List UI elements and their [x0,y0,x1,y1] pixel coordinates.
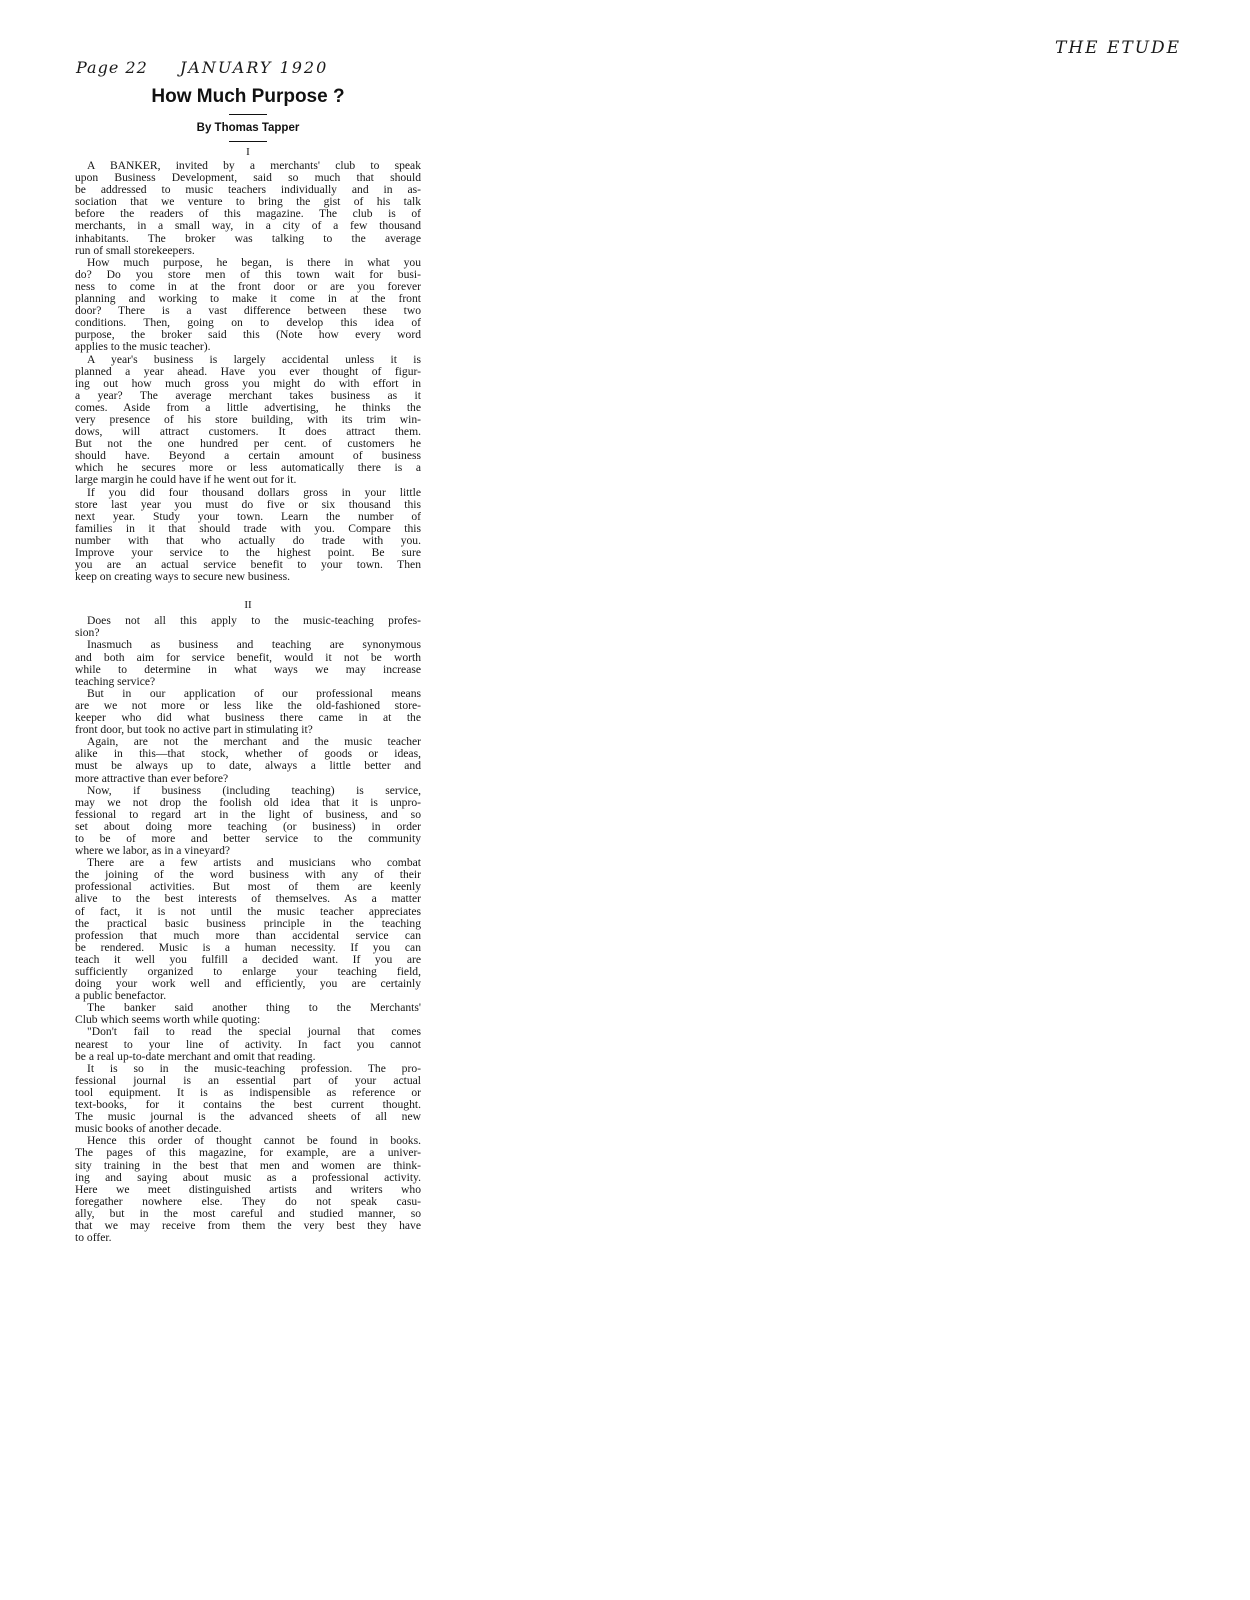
text-line: But not the one hundred per cent. of cus… [75,438,421,450]
text-line: It is so in the music-teaching professio… [75,1063,421,1075]
text-line: where we labor, as in a vineyard? [75,845,421,857]
text-line: sociation that we venture to bring the g… [75,196,421,208]
text-line: Improve your service to the highest poin… [75,547,421,559]
text-line: upon Business Development, said so much … [75,172,421,184]
text-line: the joining of the word business with an… [75,869,421,881]
text-line: the practical basic business principle i… [75,918,421,930]
text-line: of fact, it is not until the music teach… [75,906,421,918]
text-line: a year? The average merchant takes busin… [75,390,421,402]
text-line: profession that much more than accidenta… [75,930,421,942]
text-line: merchants, in a small way, in a city of … [75,220,421,232]
text-line: A BANKER, invited by a merchants' club t… [75,160,421,172]
text-line: run of small storekeepers. [75,245,421,257]
text-line: applies to the music teacher). [75,341,421,353]
text-line: If you did four thousand dollars gross i… [75,487,421,499]
article-column: How Much Purpose ? By Thomas Tapper I A … [75,86,421,1244]
text-line: keeper who did what business there came … [75,712,421,724]
text-line: text-books, for it contains the best cur… [75,1099,421,1111]
text-line: more attractive than ever before? [75,773,421,785]
text-line: very presence of his store building, wit… [75,414,421,426]
text-line: But in our application of our profession… [75,688,421,700]
text-line: should have. Beyond a certain amount of … [75,450,421,462]
text-line: while to determine in what ways we may i… [75,664,421,676]
text-line: purpose, the broker said this (Note how … [75,329,421,341]
text-line: music books of another decade. [75,1123,421,1135]
text-line: Here we meet distinguished artists and w… [75,1184,421,1196]
section-1-body: A BANKER, invited by a merchants' club t… [75,160,421,583]
section-2-body: Does not all this apply to the music-tea… [75,615,421,1244]
text-line: number with that who actually do trade w… [75,535,421,547]
running-head: Page 22 JANUARY 1920 [76,58,328,77]
text-line: Does not all this apply to the music-tea… [75,615,421,627]
text-line: comes. Aside from a little advertising, … [75,402,421,414]
text-line: The banker said another thing to the Mer… [75,1002,421,1014]
section-number-2: II [75,599,421,611]
text-line: teach it well you fulfill a decided want… [75,954,421,966]
text-line: A year's business is largely accidental … [75,354,421,366]
text-line: tool equipment. It is as indispensible a… [75,1087,421,1099]
text-line: and both aim for service benefit, would … [75,652,421,664]
text-line: Again, are not the merchant and the musi… [75,736,421,748]
text-line: ing out how much gross you might do with… [75,378,421,390]
text-line: are we not more or less like the old-fas… [75,700,421,712]
text-line: Inasmuch as business and teaching are sy… [75,639,421,651]
text-line: large margin he could have if he went ou… [75,474,421,486]
text-line: families in it that should trade with yo… [75,523,421,535]
text-line: set about doing more teaching (or busine… [75,821,421,833]
text-line: do? Do you store men of this town wait f… [75,269,421,281]
text-line: Hence this order of thought cannot be fo… [75,1135,421,1147]
text-line: "Don't fail to read the special journal … [75,1026,421,1038]
text-line: alike in this—that stock, whether of goo… [75,748,421,760]
text-line: fessional journal is an essential part o… [75,1075,421,1087]
text-line: keep on creating ways to secure new busi… [75,571,421,583]
text-line: next year. Study your town. Learn the nu… [75,511,421,523]
text-line: sion? [75,627,421,639]
text-line: to be of more and better service to the … [75,833,421,845]
text-line: conditions. Then, going on to develop th… [75,317,421,329]
text-line: which he secures more or less automatica… [75,462,421,474]
text-line: you are an actual service benefit to you… [75,559,421,571]
text-line: inhabitants. The broker was talking to t… [75,233,421,245]
title-divider [229,114,267,115]
text-line: before the readers of this magazine. The… [75,208,421,220]
text-line: teaching service? [75,676,421,688]
text-line: Club which seems worth while quoting: [75,1014,421,1026]
text-line: front door, but took no active part in s… [75,724,421,736]
section-number-1: I [75,146,421,158]
magazine-name: THE ETUDE [1055,38,1181,58]
text-line: door? There is a vast difference between… [75,305,421,317]
text-line: be a real up-to-date merchant and omit t… [75,1051,421,1063]
byline-divider [229,141,267,142]
text-line: Now, if business (including teaching) is… [75,785,421,797]
article-title: How Much Purpose ? [75,86,421,108]
text-line: may we not drop the foolish old idea tha… [75,797,421,809]
text-line: must be always up to date, always a litt… [75,760,421,772]
text-line: professional activities. But most of the… [75,881,421,893]
text-line: The pages of this magazine, for example,… [75,1147,421,1159]
page-number: Page 22 [76,58,148,77]
text-line: ing and saying about music as a professi… [75,1172,421,1184]
issue-date: JANUARY 1920 [180,58,328,77]
text-line: be addressed to music teachers individua… [75,184,421,196]
text-line: store last year you must do five or six … [75,499,421,511]
text-line: planning and working to make it come in … [75,293,421,305]
text-line: alive to the best interests of themselve… [75,893,421,905]
text-line: doing your work well and efficiently, yo… [75,978,421,990]
text-line: sity training in the best that men and w… [75,1160,421,1172]
text-line: How much purpose, he began, is there in … [75,257,421,269]
text-line: that we may receive from them the very b… [75,1220,421,1232]
text-line: to offer. [75,1232,421,1244]
text-line: sufficiently organized to enlarge your t… [75,966,421,978]
text-line: The music journal is the advanced sheets… [75,1111,421,1123]
text-line: be rendered. Music is a human necessity.… [75,942,421,954]
text-line: dows, will attract customers. It does at… [75,426,421,438]
article-byline: By Thomas Tapper [75,122,421,134]
text-line: fessional to regard art in the light of … [75,809,421,821]
text-line: There are a few artists and musicians wh… [75,857,421,869]
text-line: ness to come in at the front door or are… [75,281,421,293]
text-line: nearest to your line of activity. In fac… [75,1039,421,1051]
text-line: a public benefactor. [75,990,421,1002]
text-line: foregather nowhere else. They do not spe… [75,1196,421,1208]
text-line: ally, but in the most careful and studie… [75,1208,421,1220]
text-line: planned a year ahead. Have you ever thou… [75,366,421,378]
